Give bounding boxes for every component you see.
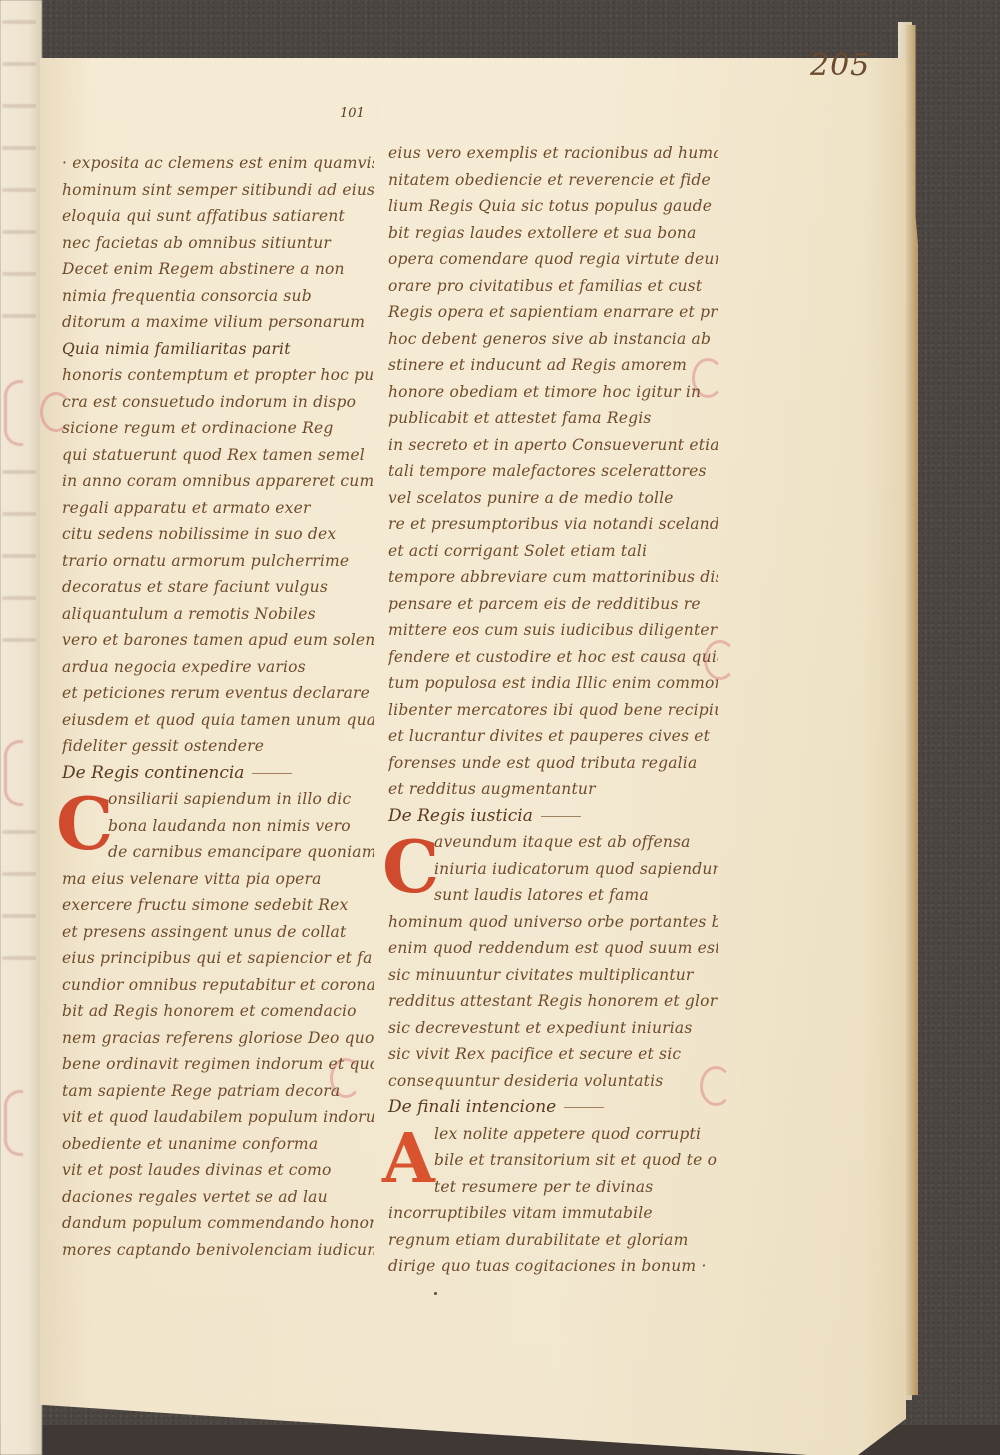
text-line: eius principibus qui et sapiencior et fa bbox=[62, 945, 374, 972]
text-column-right: eius vero exemplis et racionibus ad huma… bbox=[388, 140, 718, 1280]
text-line: bile et transitorium sit et quod te opor bbox=[388, 1147, 718, 1174]
text-line: lex nolite appetere quod corrupti bbox=[388, 1121, 718, 1148]
text-line: sic minuuntur civitates multiplicantur bbox=[388, 962, 718, 989]
text-line: eius vero exemplis et racionibus ad huma bbox=[388, 140, 718, 167]
text-line: et peticiones rerum eventus declarare bbox=[62, 680, 374, 707]
ghost-text-line bbox=[2, 62, 36, 66]
text-line: et lucrantur divites et pauperes cives e… bbox=[388, 723, 718, 750]
text-line: eiusdem et quod quia tamen unum quam bbox=[62, 707, 374, 734]
section-heading-text: De Regis iusticia bbox=[388, 806, 533, 826]
text-line: vit et quod laudabilem populum indorum bbox=[62, 1104, 374, 1131]
heading-flourish bbox=[252, 773, 292, 774]
text-line: ma eius velenare vitta pia opera bbox=[62, 866, 374, 893]
text-line: cundior omnibus reputabitur et coronam bbox=[62, 972, 374, 999]
text-line: sicione regum et ordinacione Reg bbox=[62, 415, 374, 442]
text-line: · exposita ac clemens est enim quamvis bbox=[62, 150, 374, 177]
folio-number: 205 bbox=[810, 48, 870, 83]
text-line: tempore abbreviare cum mattorinibus dis bbox=[388, 564, 718, 591]
text-line: nitatem obediencie et reverencie et fide bbox=[388, 167, 718, 194]
text-line: Decet enim Regem abstinere a non bbox=[62, 256, 374, 283]
text-line: honoris contemptum et propter hoc pul bbox=[62, 362, 374, 389]
text-line: citu sedens nobilissime in suo dex bbox=[62, 521, 374, 548]
text-line: trario ornatu armorum pulcherrime bbox=[62, 548, 374, 575]
text-line: honore obediam et timore hoc igitur in bbox=[388, 379, 718, 406]
ghost-text-line bbox=[2, 638, 36, 642]
text-line: in secreto et in aperto Consueverunt eti… bbox=[388, 432, 718, 459]
text-line: stinere et inducunt ad Regis amorem bbox=[388, 352, 718, 379]
ink-speck bbox=[434, 1292, 437, 1295]
text-column-left: · exposita ac clemens est enim quamvis h… bbox=[62, 150, 374, 1263]
ghost-text-line bbox=[2, 470, 36, 474]
text-line: regali apparatu et armato exer bbox=[62, 495, 374, 522]
decorated-initial: C bbox=[382, 831, 439, 903]
text-line: consequuntur desideria voluntatis bbox=[388, 1068, 718, 1095]
paragraph: A lex nolite appetere quod corrupti bile… bbox=[388, 1121, 718, 1280]
text-line: tali tempore malefactores scelerattores bbox=[388, 458, 718, 485]
text-line: mittere eos cum suis iudicibus diligente… bbox=[388, 617, 718, 644]
ghost-text-line bbox=[2, 230, 36, 234]
ghost-text-line bbox=[2, 188, 36, 192]
ghost-text-line bbox=[2, 830, 36, 834]
text-line: dandum populum commendando honorem bbox=[62, 1210, 374, 1237]
text-line: nem gracias referens gloriose Deo quod i… bbox=[62, 1025, 374, 1052]
ghost-initial bbox=[4, 1090, 23, 1156]
ghost-text-line bbox=[2, 104, 36, 108]
text-line: re et presumptoribus via notandi sceland… bbox=[388, 511, 718, 538]
text-line: publicabit et attestet fama Regis bbox=[388, 405, 718, 432]
text-line: Quia nimia familiaritas parit bbox=[62, 336, 374, 363]
text-line: incorruptibiles vitam immutabile bbox=[388, 1200, 718, 1227]
ghost-text-line bbox=[2, 554, 36, 558]
text-line: fideliter gessit ostendere bbox=[62, 733, 374, 760]
text-line: vit et post laudes divinas et como bbox=[62, 1157, 374, 1184]
text-line: ardua negocia expedire varios bbox=[62, 654, 374, 681]
ghost-text-line bbox=[2, 20, 36, 24]
text-line: vel scelatos punire a de medio tolle bbox=[388, 485, 718, 512]
section-heading-text: De Regis continencia bbox=[62, 763, 244, 783]
text-line: nimia frequentia consorcia sub bbox=[62, 283, 374, 310]
text-line: pensare et parcem eis de redditibus re bbox=[388, 591, 718, 618]
text-line: daciones regales vertet se ad lau bbox=[62, 1184, 374, 1211]
text-line: hominum quod universo orbe portantes ben… bbox=[388, 909, 718, 936]
text-line: enim quod reddendum est quod suum est qu… bbox=[388, 935, 718, 962]
running-head: 101 bbox=[340, 106, 365, 121]
text-line: et presens assingent unus de collat bbox=[62, 919, 374, 946]
text-line: et acti corrigant Solet etiam tali bbox=[388, 538, 718, 565]
text-line: dirige quo tuas cogitaciones in bonum · bbox=[388, 1253, 718, 1280]
text-line: hoc debent generos sive ab instancia ab bbox=[388, 326, 718, 353]
text-line: decoratus et stare faciunt vulgus bbox=[62, 574, 374, 601]
text-line: mores captando benivolenciam iudicum bbox=[62, 1237, 374, 1264]
ghost-initial bbox=[4, 740, 23, 806]
text-line: et redditus augmentantur bbox=[388, 776, 718, 803]
text-line: regnum etiam durabilitate et gloriam bbox=[388, 1227, 718, 1254]
decorated-initial: C bbox=[56, 788, 113, 860]
ghost-text-line bbox=[2, 272, 36, 276]
ghost-text-line bbox=[2, 956, 36, 960]
heading-flourish bbox=[564, 1107, 604, 1108]
text-line: tum populosa est india Illic enim commor… bbox=[388, 670, 718, 697]
text-line: forenses unde est quod tributa regalia bbox=[388, 750, 718, 777]
text-line: qui statuerunt quod Rex tamen semel bbox=[62, 442, 374, 469]
text-line: obediente et unanime conforma bbox=[62, 1131, 374, 1158]
text-line: tet resumere per te divinas bbox=[388, 1174, 718, 1201]
text-line: bit regias laudes extollere et sua bona bbox=[388, 220, 718, 247]
decorated-initial: A bbox=[382, 1123, 435, 1195]
text-line: vero et barones tamen apud eum solent bbox=[62, 627, 374, 654]
heading-flourish bbox=[541, 816, 581, 817]
text-line: bit ad Regis honorem et comendacio bbox=[62, 998, 374, 1025]
paragraph: C aveundum itaque est ab offensa iniuria… bbox=[388, 829, 718, 1094]
text-line: hominum sint semper sitibundi ad eius bbox=[62, 177, 374, 204]
text-line: eloquia qui sunt affatibus satiarent bbox=[62, 203, 374, 230]
text-line: ditorum a maxime vilium personarum bbox=[62, 309, 374, 336]
text-line: tam sapiente Rege patriam decora bbox=[62, 1078, 374, 1105]
text-line: redditus attestant Regis honorem et glor… bbox=[388, 988, 718, 1015]
text-line: exercere fructu simone sedebit Rex bbox=[62, 892, 374, 919]
text-line: lium Regis Quia sic totus populus gaude bbox=[388, 193, 718, 220]
section-heading: De finali intencione bbox=[388, 1094, 718, 1121]
facing-page-edge bbox=[0, 0, 42, 1455]
ghost-text-line bbox=[2, 914, 36, 918]
text-line: sic decrevestunt et expediunt iniurias bbox=[388, 1015, 718, 1042]
ghost-text-line bbox=[2, 872, 36, 876]
text-line: aliquantulum a remotis Nobiles bbox=[62, 601, 374, 628]
text-line: opera comendare quod regia virtute deum … bbox=[388, 246, 718, 273]
ghost-text-line bbox=[2, 146, 36, 150]
text-line: orare pro civitatibus et familias et cus… bbox=[388, 273, 718, 300]
text-line: cra est consuetudo indorum in dispo bbox=[62, 389, 374, 416]
ghost-text-line bbox=[2, 596, 36, 600]
text-line: sic vivit Rex pacifice et secure et sic bbox=[388, 1041, 718, 1068]
ghost-initial bbox=[4, 380, 23, 446]
text-line: fendere et custodire et hoc est causa qu… bbox=[388, 644, 718, 671]
ghost-text-line bbox=[2, 512, 36, 516]
text-line: Regis opera et sapientiam enarrare et pr… bbox=[388, 299, 718, 326]
text-line: nec facietas ab omnibus sitiuntur bbox=[62, 230, 374, 257]
section-heading-text: De finali intencione bbox=[388, 1097, 556, 1117]
text-line: libenter mercatores ibi quod bene recipi… bbox=[388, 697, 718, 724]
text-line: bene ordinavit regimen indorum et quod bbox=[62, 1051, 374, 1078]
text-line: in anno coram omnibus appareret cum bbox=[62, 468, 374, 495]
ghost-text-line bbox=[2, 314, 36, 318]
paragraph: C onsiliarii sapiendum in illo dic bona … bbox=[62, 786, 374, 1263]
page-stack-edge-dark bbox=[906, 25, 918, 1395]
